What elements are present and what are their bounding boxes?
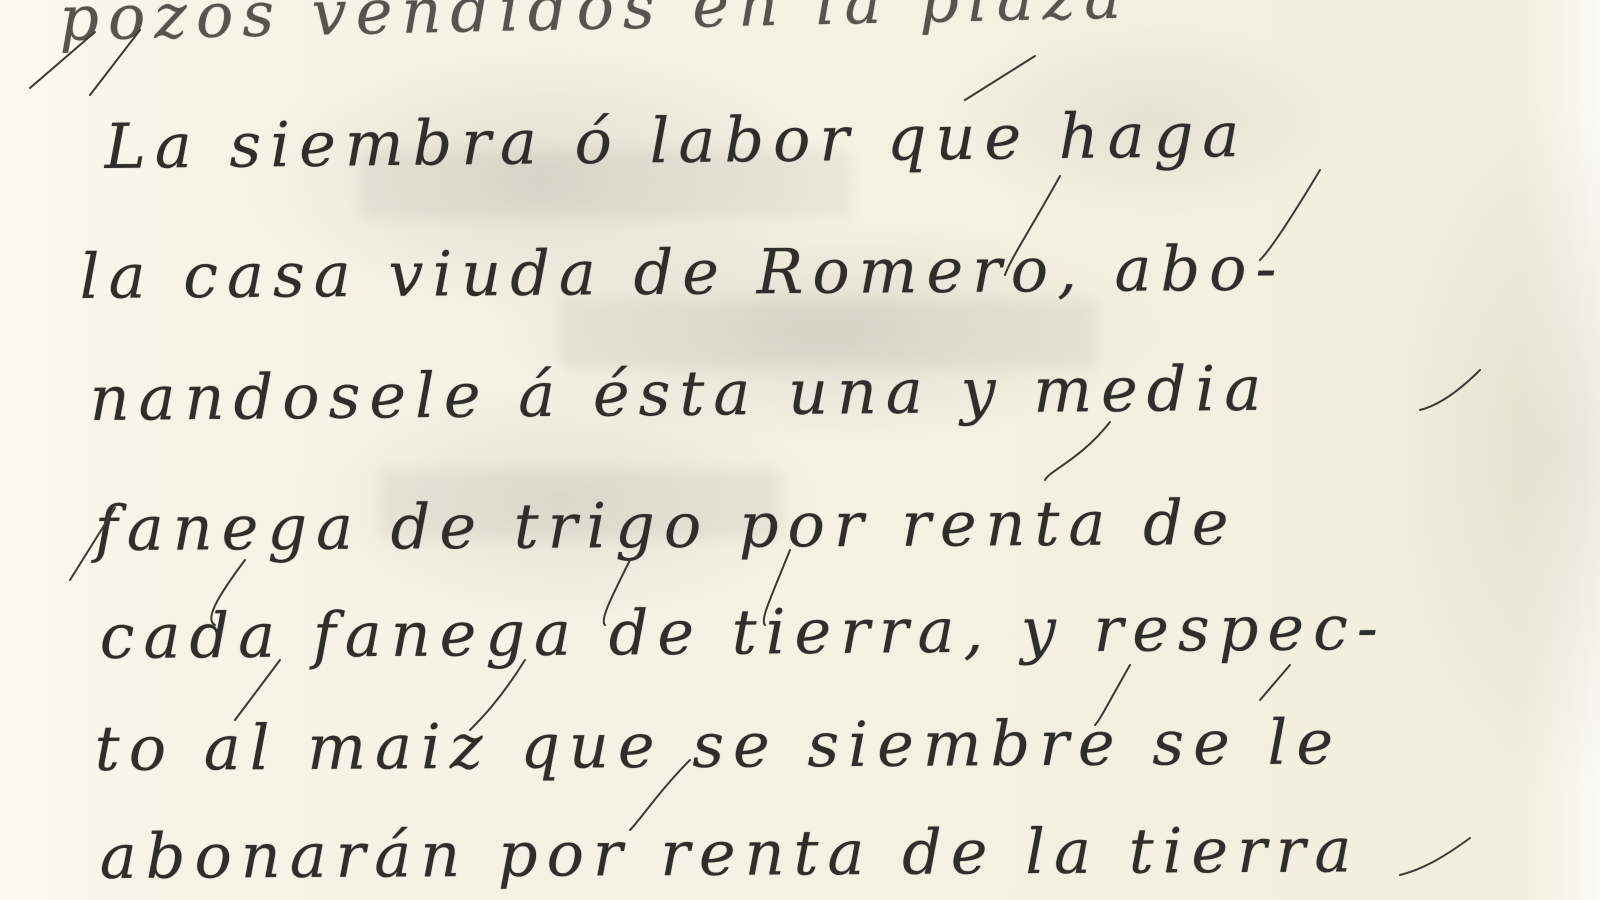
manuscript-line-1: pozos vendidos en la plaza xyxy=(58,0,1130,55)
manuscript-line-4: nandosele á ésta una y media xyxy=(89,352,1270,435)
manuscript-line-7: to al maiz que se siembre se le xyxy=(95,705,1343,785)
manuscript-line-5: fanega de trigo por renta de xyxy=(95,486,1238,565)
manuscript-page: ▒▒▒▒▒▒▒▒▒▒▒ ▒▒▒▒▒▒▒▒▒▒▒▒ ▒▒▒▒▒▒▒▒▒ pozos… xyxy=(0,0,1600,900)
manuscript-line-6: cada fanega de tierra, y respec- xyxy=(99,591,1387,673)
manuscript-line-2: La siembra ó labor que haga xyxy=(104,98,1248,183)
manuscript-line-8: abonarán por renta de la tierra xyxy=(100,813,1361,893)
manuscript-line-3: la casa viuda de Romero, abo- xyxy=(79,232,1285,313)
